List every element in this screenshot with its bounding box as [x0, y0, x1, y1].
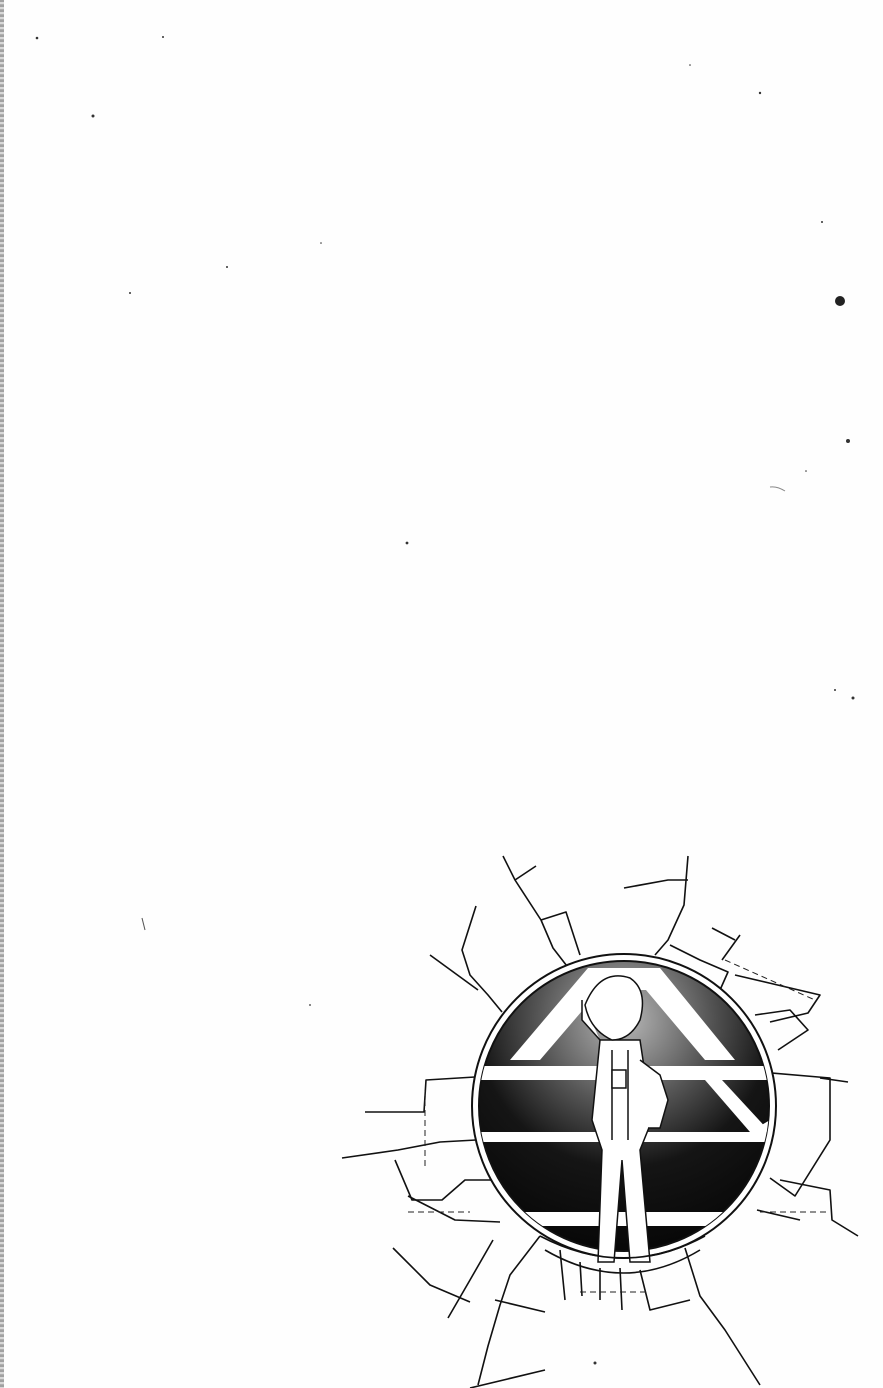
- porthole-illustration: [0, 0, 883, 1388]
- manga-page: [0, 0, 883, 1388]
